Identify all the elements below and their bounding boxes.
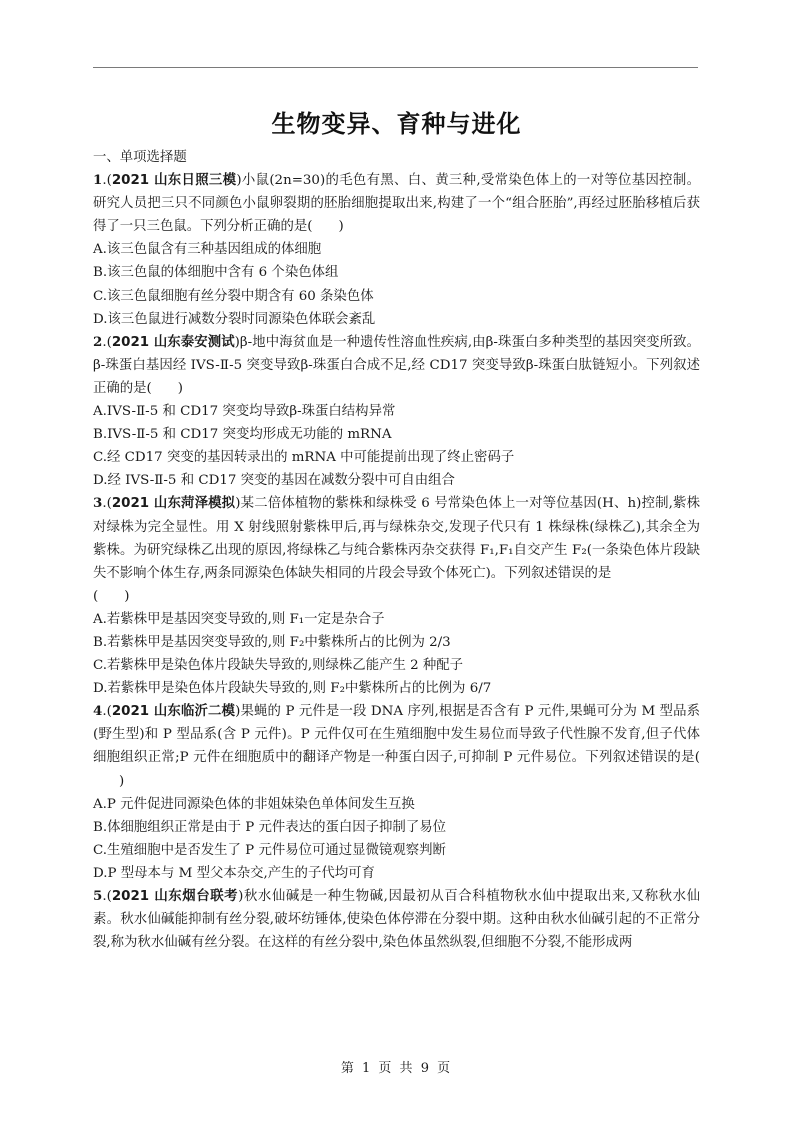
- question-source: 2021 山东烟台联考: [112, 889, 238, 904]
- option-c: C.该三色鼠细胞有丝分裂中期含有 60 条染色体: [93, 285, 700, 308]
- question-1: 1.(2021 山东日照三模)小鼠(2n=30)的毛色有黑、白、黄三种,受常染色…: [93, 169, 700, 331]
- question-number: 3: [93, 495, 102, 511]
- question-stem: 3.(2021 山东菏泽模拟)某二倍体植物的紫株和绿株受 6 号常染色体上一对等…: [93, 492, 700, 584]
- option-c: C.若紫株甲是染色体片段缺失导致的,则绿株乙能产生 2 种配子: [93, 654, 700, 677]
- option-c: C.经 CD17 突变的基因转录出的 mRNA 中可能提前出现了终止密码子: [93, 446, 700, 469]
- document-body: 一、单项选择题 1.(2021 山东日照三模)小鼠(2n=30)的毛色有黑、白、…: [93, 146, 700, 954]
- question-2: 2.(2021 山东泰安测试)β-地中海贫血是一种遗传性溶血性疾病,由β-珠蛋白…: [93, 331, 700, 493]
- question-stem: 2.(2021 山东泰安测试)β-地中海贫血是一种遗传性溶血性疾病,由β-珠蛋白…: [93, 331, 700, 400]
- option-a: A.IVS-Ⅱ-5 和 CD17 突变均导致β-珠蛋白结构异常: [93, 400, 700, 423]
- option-d: D.若紫株甲是染色体片段缺失导致的,则 F₂中紫株所占的比例为 6/7: [93, 677, 700, 700]
- option-c: C.生殖细胞中是否发生了 P 元件易位可通过显微镜观察判断: [93, 839, 700, 862]
- question-answer-line: (): [93, 585, 700, 608]
- question-source: 2021 山东日照三模: [112, 173, 237, 188]
- question-source: 2021 山东泰安测试: [112, 335, 235, 350]
- section-heading: 一、单项选择题: [93, 146, 700, 169]
- option-b: B.IVS-Ⅱ-5 和 CD17 突变均形成无功能的 mRNA: [93, 423, 700, 446]
- question-number: 1: [93, 172, 102, 188]
- option-d: D.该三色鼠进行减数分裂时同源染色体联会紊乱: [93, 308, 700, 331]
- option-d: D.P 型母本与 M 型父本杂交,产生的子代均可育: [93, 862, 700, 885]
- question-number: 4: [93, 703, 102, 719]
- question-source: 2021 山东菏泽模拟: [112, 496, 235, 511]
- option-b: B.体细胞组织正常是由于 P 元件表达的蛋白因子抑制了易位: [93, 816, 700, 839]
- page-title: 生物变异、育种与进化: [0, 104, 793, 139]
- option-b: B.若紫株甲是基因突变导致的,则 F₂中紫株所占的比例为 2/3: [93, 631, 700, 654]
- question-stem: 1.(2021 山东日照三模)小鼠(2n=30)的毛色有黑、白、黄三种,受常染色…: [93, 169, 700, 238]
- option-a: A.P 元件促进同源染色体的非姐妹染色单体间发生互换: [93, 793, 700, 816]
- question-number: 5: [93, 888, 102, 904]
- option-b: B.该三色鼠的体细胞中含有 6 个染色体组: [93, 261, 700, 284]
- question-5: 5.(2021 山东烟台联考)秋水仙碱是一种生物碱,因最初从百合科植物秋水仙中提…: [93, 885, 700, 954]
- option-d: D.经 IVS-Ⅱ-5 和 CD17 突变的基因在减数分裂中可自由组合: [93, 469, 700, 492]
- question-source: 2021 山东临沂二模: [112, 704, 235, 719]
- question-4: 4.(2021 山东临沂二模)果蝇的 P 元件是一段 DNA 序列,根据是否含有…: [93, 700, 700, 885]
- question-number: 2: [93, 334, 102, 350]
- question-stem: 5.(2021 山东烟台联考)秋水仙碱是一种生物碱,因最初从百合科植物秋水仙中提…: [93, 885, 700, 954]
- question-stem: 4.(2021 山东临沂二模)果蝇的 P 元件是一段 DNA 序列,根据是否含有…: [93, 700, 700, 792]
- header-rule: [93, 67, 698, 68]
- question-3: 3.(2021 山东菏泽模拟)某二倍体植物的紫株和绿株受 6 号常染色体上一对等…: [93, 492, 700, 700]
- option-a: A.若紫株甲是基因突变导致的,则 F₁一定是杂合子: [93, 608, 700, 631]
- option-a: A.该三色鼠含有三种基因组成的体细胞: [93, 238, 700, 261]
- page-footer: 第 1 页 共 9 页: [0, 1057, 793, 1076]
